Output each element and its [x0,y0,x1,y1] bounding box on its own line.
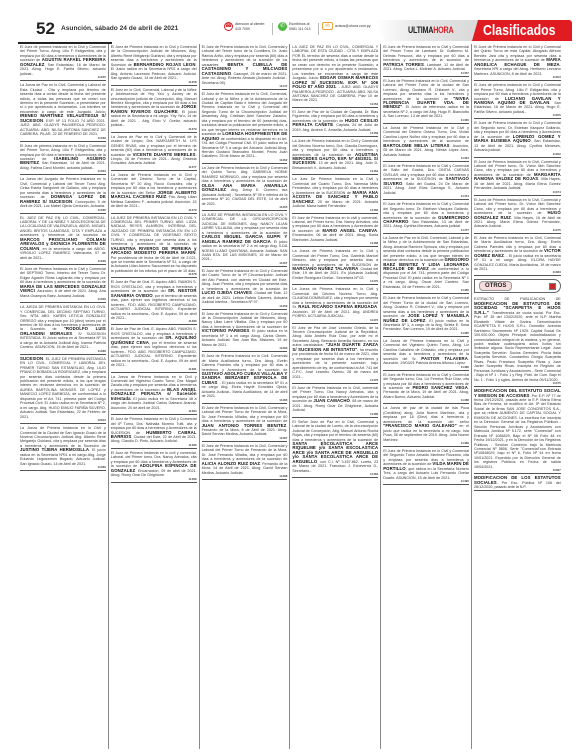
notice-subject-name: VICTORINO PAREDES [202,328,250,333]
legal-notice: La Jueza de Primera Instancia en lo Civi… [111,374,197,416]
notice-code: 11467 [202,262,288,266]
legal-notice: LA JUEZ DE PAZ EN LO CIVIL, COMERCIAL Y … [292,44,378,108]
notice-code: 11483 [202,347,288,351]
legal-notice: El Juez de Primera Instancia en lo Civil… [383,448,469,485]
contact-value: 0981 111 013 [289,27,310,31]
notice-subject-name: JUSTINO TIJERA HERMOSILLA [20,447,89,452]
notice-text: La Jueza de Primera Instancia en lo Civi… [20,426,106,448]
notice-code: 11487 [202,437,288,441]
legal-notice: LA JUEZ DE PRIMERA INSTANCIA EN LO CIVIL… [202,212,288,267]
notice-text: La Juez de Primera Instancia en lo Civil… [202,166,288,183]
notice-text: El Juez de Primera Instancia en lo Civil… [202,269,288,291]
otros-section-header: OTROS [474,279,561,293]
section-title: Clasificados [483,22,555,39]
page-number: 52 [36,20,55,38]
legal-notice: El Juez de Primera Instancia en lo Civil… [383,372,469,405]
page-header: 52 Asunción, sábado 24 de abril de 2021 … [0,20,580,40]
legal-notice: La Jueza de Primera Instancia en lo Civi… [111,172,197,214]
legal-notice: El Juez de Primera Instancia en lo Civil… [383,295,469,337]
legal-notice: La Jueza de Primera Instancia en lo Civi… [292,248,378,285]
notice-code: 11488 [20,350,106,354]
notice-code: 11450 [20,76,106,80]
email-icon: ✉ [322,22,333,30]
notice-text: El Juez de Primera Instancia en lo Civil… [202,92,288,136]
legal-notice: El Juez de Primera Instancia en lo Civil… [20,266,106,303]
legal-notice: SUCESION. EL JUEZ DE PRIMERA INSTANCIA E… [20,356,106,424]
notice-text: LA JUEZ DE PRIMERA INSTANCIA EN LO CIVIL… [202,213,288,235]
divider [272,23,273,35]
notice-code: 11475 [474,382,561,386]
section-marker-icon [549,283,556,290]
column-4: LA JUEZ DE PAZ EN LO CIVIL, COMERCIAL Y … [290,44,381,749]
notice-text: El Juez de Primera Instancia en lo Civil… [383,45,469,62]
legal-notice: El Juez de primera instancia en lo Civil… [20,143,106,176]
page-date: Asunción, sábado 24 de abril de 2021 [61,25,178,32]
legal-notice: La Jueza de paz de la ciudad de Isla Puc… [383,405,469,447]
contact-value: 415 7000 [235,27,250,31]
notice-code: 11465 [292,209,378,213]
legal-notice: El Juez de Paz de la Ciudad de Capiatá, … [292,109,378,137]
notice-code: 11466 [20,209,106,213]
contact-label: Atención al cliente: [235,22,265,26]
legal-notice: El Señor Juez de Paz en lo Civil, Comerc… [292,419,378,478]
notice-text: El Juez de Primera Instancia en lo Civil… [202,312,288,329]
notice-text: La Jueza de Primera Instancia en lo Civi… [383,126,469,143]
legal-notice: El Juez de Primera Instancia en lo Civil… [383,163,469,200]
legal-notice: El Juez de Primera Instancia en lo Civil… [202,405,288,442]
notice-code: 11454 [292,103,378,107]
legal-notice: La Jueza de Paz en lo Civil, Comercial y… [20,82,106,141]
notice-text: EL JUEZ DE PAZ EN LO CIVIL, COMERCIAL, L… [20,216,106,238]
notice-code: 11468 [292,242,378,246]
notice-code: 11463 [20,170,106,174]
legal-notice: El Juez de Primera Instancia en lo Civil… [202,268,288,310]
contact-label: Escribinos al [289,22,309,26]
notice-code: 11460 [383,119,469,123]
notice-code: 11483 [474,271,561,275]
legal-notice: El Juez de Primera Instancia en lo Civil… [383,78,469,124]
notice-code: 11464 [383,157,469,161]
legal-notice: El Juez de Primera Instancia en lo civil… [111,450,197,483]
notice-code: 11453 [474,76,561,80]
notice-code: 11490 [383,480,469,484]
notice-code: 11447 [202,85,288,89]
notice-code: 11479 [111,209,197,213]
classifieds-columns: El Juez de primera instancia en lo Civil… [18,44,563,749]
brand-logo: ULTIMAHORA [408,25,453,35]
legal-notice: La Juez de Primera Instancia en lo Civil… [202,165,288,211]
legal-notice: El Juez de primera instancia en lo Civil… [20,44,106,81]
legal-notice: La Jueza de Paz en lo Civil, Comercial, … [383,235,469,294]
notice-subject-name: MARCIANO NUÑEZ TALAVERA [292,266,358,271]
notice-code: 11474 [383,195,469,199]
legal-notice: El Juez en lo Civil, Comercial, Laboral … [111,87,197,133]
notice-code: 11473 [111,128,197,132]
notice-code: 11485 [383,332,469,336]
notice-code: 11480 [292,413,378,417]
legal-notice: El Juez de Primera Instancia en lo Civil… [474,235,561,277]
notice-text: La Jueza de Paz en lo Civil, Comercial y… [20,83,106,114]
notice-code: 11488 [383,399,469,403]
legal-notice: El Juez de Primera Instancia en lo Civil… [111,416,197,449]
notice-code: 11489 [20,466,106,470]
notice-subject-name: "FRANCISCO MARIO GALEANO" [383,423,457,428]
notice-text: ; ha resuelto por providencia de fecha 0… [292,348,378,379]
legal-notice: El Juez de Paz de José Leandro Oviedo, d… [292,325,378,384]
legal-notice: El Juez de Primera Instancia en lo Civil… [111,44,197,86]
notice-subject-name: VALENTINA RIVEROS DE PEREIRA y ARCADIO M… [111,246,197,255]
notice-subject-name: SUCESION [20,356,43,361]
notice-subject-name: PASTOR TALAVERA [421,356,468,361]
notice-code: 11489 [111,478,197,482]
column-1: El Juez de primera instancia en lo Civil… [18,44,109,749]
otros-label: OTROS [479,281,512,291]
legal-notice: El Juez de Primera Instancia en lo Civil… [202,443,288,480]
column-5: El Juez de Primera Instancia en lo Civil… [381,44,472,749]
legal-notice: El Juez de Primera Instancia en lo Civil… [383,44,469,77]
notice-subject-name: ALICIA ALONZO RUIZ DIAZ [202,461,261,466]
notice-code: 11484 [292,473,378,477]
notice-text: , por el termino de sesenta días, para e… [111,341,197,367]
notice-subject-name: BARTOLOME MELIA LITERAS [383,143,449,148]
notice-text: . EL JUEZ DE PRIMERA INSTANCIA EN LO CIV… [20,357,106,419]
notice-code: 11477 [383,229,469,233]
legal-notice: El Juez de Primera Instancia en lo Civil… [202,44,288,90]
legal-notice: La Jueza de Primera Instancia en lo Civi… [20,425,106,471]
notice-subject-name: PEDRO SANCHEZ VEGA [412,385,468,390]
notice-code: 11470 [292,280,378,284]
notice-code: 11468 [20,137,106,141]
legal-notice: El Juez de Primera Instancia en lo Civil… [474,197,561,234]
notice-code: 11488 [202,475,288,479]
notice-code: 11468 [20,260,106,264]
notice-code: 11474 [474,191,561,195]
notice-code: 11477 [111,166,197,170]
notice-code: 11476 [292,379,378,383]
legal-notice: LA JUEZ DE PRIMERA INSTANCIA EN LO CIVIL… [111,215,197,279]
legal-notice: El Juez de Primera Instancia en lo Civil… [292,385,378,418]
notice-code: 11457 [383,72,469,76]
legal-notice: La Jueza de Primera Instancia en lo Civi… [292,286,378,323]
legal-notice: LA JUEZA DE PRIMERA INSTANCIA EN LO CIVI… [20,304,106,355]
legal-notice: La Jueza del Juzgado de Primera Instanci… [20,176,106,213]
notice-code: 11469 [202,305,288,309]
legal-notice: El Juez de Primera Instancia en lo Civil… [474,159,561,196]
notice-subject-name: PATRICIA TORRES [383,62,424,67]
email-contact: ✉ avisos@uhora.com.py [322,22,371,30]
legal-notice: El Juez de Paz de Gral. E. Aquino ABG. R… [111,326,197,372]
notice-text: La Jueza de paz de la ciudad de Isla Puc… [383,406,469,423]
brand-band: ULTIMAHORA Clasificados [376,20,580,41]
legal-notice: MODIFICACION DEL ESTATUTO SOCIAL Y EMISI… [474,388,561,474]
notice-code: 11484 [111,410,197,414]
notice-code: 11472 [292,319,378,323]
notice-subject-name: VICENTE DUARTE MERELES [133,152,196,157]
divider [318,23,319,35]
notice-code: 11469 [20,298,106,302]
notice-code: 11480 [111,320,197,324]
notice-code: 11489 [383,442,469,446]
column-3: El Juez de Primera Instancia en lo Civil… [200,44,291,749]
legal-notice: El Juez de Primera Instancia en lo Civil… [474,44,561,81]
notice-code: 11486 [383,366,469,370]
notice-code: 11465 [202,206,288,210]
notice-text: El Juez de Primera Instancia en lo Civil… [202,406,288,423]
legal-notice: EXTRACTO DE PUBLICACION DE MODIFICACION … [474,296,561,387]
whatsapp-icon: ✆ [278,22,287,31]
legal-notice: La Jueza de Paz en lo Civil y Comercial … [111,134,197,171]
legal-notice: El Juez de Primera Instancia en lo civil… [292,215,378,248]
whatsapp-contact: ✆ Escribinos al0981 111 013 [278,22,310,31]
notice-code: 11486 [202,399,288,403]
notice-code: 11458 [111,81,197,85]
notice-code: 11487 [474,469,561,473]
notice-subject-name: RAUL RICARDO SAPENA BRUGADA [298,304,377,309]
notice-code: 11481 [111,368,197,372]
notice-subject-name: JUAN CAMACHO [313,398,350,403]
notice-code: 11475 [474,229,561,233]
notice-text: . Transferencia de cuota social. Por Esc… [474,311,561,382]
legal-notice: MODIFICACION DE LOS ESTATUTOS SOCIALES. … [474,475,561,491]
notice-code: 11462 [202,159,288,163]
customer-service-contact: ☎ Atención al cliente:415 7000 [224,22,265,31]
legal-notice: El Juez de Primera Instancia en lo Civil… [202,311,288,353]
column-6: El Juez de Primera Instancia en lo Civil… [472,44,563,749]
legal-notice: El Juez de primera instancia en lo Civil… [474,82,561,119]
legal-notice: La Jueza de Primera Instancia en lo Civi… [383,338,469,371]
notice-code: 11486 [111,444,197,448]
notice-text: , por el termino de sesenta días, para e… [111,294,197,320]
notice-code: 11455 [474,114,561,118]
legal-notice: La Juez de Primera Instancia en lo Civil… [292,138,378,175]
notice-text: El Juez de Primera Instancia en lo Civil… [202,354,288,371]
legal-notice: El Juez de Paz de Gral. E. Aquino ABG. R… [111,279,197,325]
legal-notice: El Juez de Primera Instancia en lo Civil… [474,120,561,157]
notice-subject-name: LUCIO OJEDA CHAVES [202,290,252,295]
notice-text: El Señor Juez de Paz en lo Civil, Comerc… [292,420,378,442]
legal-notice: El Juez de Primera Instancia en lo Civil… [383,201,469,234]
notice-text: El Juez de Primera Instancia en lo Civil… [202,444,288,461]
notice-text: La Jueza de Primera Instancia en lo Civi… [292,249,378,266]
notice-text: LA JUEZ DE PRIMERA INSTANCIA EN LO CIVIL… [111,216,197,247]
notice-code: 11478 [111,273,197,277]
notice-code: 11464 [292,170,378,174]
notice-code: 11459 [292,132,378,136]
phone-icon: ☎ [224,22,233,31]
legal-notice: EL JUEZ DE PAZ EN LO CIVIL, COMERCIAL, L… [20,215,106,266]
notice-code: 11480 [383,289,469,293]
legal-notice: El Juez de Primera Instancia en lo Civil… [202,91,288,164]
notice-code: 11462 [474,153,561,157]
notice-code: 12323 [20,419,106,423]
notice-subject-name: MARIO ANGEL CANEVA [322,228,377,233]
notice-subject-name: JUAN ANTONIO TORRES BENITEZ [202,423,287,428]
notice-subject-name: BERNARDINO ROJAS LEON [134,62,196,67]
contact-value: avisos@uhora.com.py [335,24,371,29]
legal-notice: El Juez de Primera Instancia en lo Civil… [202,353,288,404]
notice-text: . Por E.P. Nº 77 de fecha 29/12/2020, pa… [474,394,561,469]
legal-notice: La Jueza de Primera Instancia en lo Civi… [383,125,469,162]
column-2: El Juez de Primera Instancia en lo Civil… [109,44,200,749]
legal-notice: La Juez De Primera Instancia en lo Civil… [292,176,378,213]
notice-text: El Juez de Primera Instancia en lo Civil… [20,267,106,284]
